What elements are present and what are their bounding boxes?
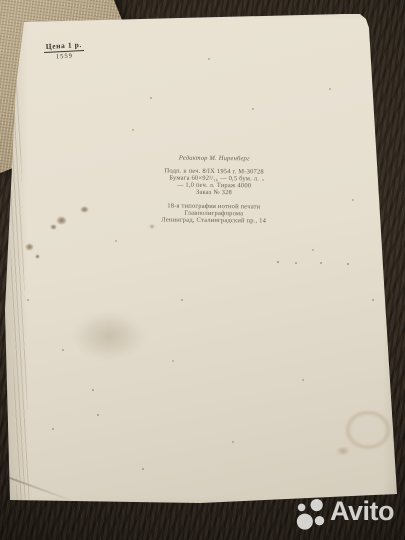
foxing-stain: [80, 206, 89, 213]
avito-dots-icon: [294, 497, 328, 533]
foxing-stain: [50, 224, 57, 230]
price-stamp: Цена 1 р. 1559: [44, 40, 85, 61]
water-ring-stain: [340, 406, 396, 454]
imprint-line: Заказ № 328: [138, 188, 290, 197]
imprint-block: Подп. к печ. 8/IX 1954 г. М-30728 Бумага…: [138, 167, 290, 197]
avito-wordmark: Avito: [330, 494, 394, 528]
foxing-stain: [35, 254, 40, 259]
stock-number: 1559: [44, 52, 84, 61]
listing-photo: Цена 1 р. 1559 Редактор М. Ниренберг Под…: [0, 0, 405, 540]
editor-line: Редактор М. Ниренберг: [138, 154, 290, 163]
printer-block: 18-я типография нотной печати Главполигр…: [138, 202, 290, 225]
booklet-back-page: Цена 1 р. 1559 Редактор М. Ниренберг Под…: [0, 0, 405, 540]
foxing-stain: [25, 243, 34, 251]
corner-crease: [0, 472, 75, 503]
foxing-stain: [149, 224, 155, 229]
foxing-stain: [56, 216, 67, 225]
soft-stain: [73, 312, 145, 360]
avito-watermark: Avito: [294, 494, 394, 533]
small-stain: [336, 446, 350, 456]
printer-line: Ленинград, Сталинградский пр., 14: [138, 216, 290, 225]
price-text: Цена 1 р.: [44, 40, 85, 53]
colophon-block: Редактор М. Ниренберг Подп. к печ. 8/IX …: [138, 154, 291, 225]
